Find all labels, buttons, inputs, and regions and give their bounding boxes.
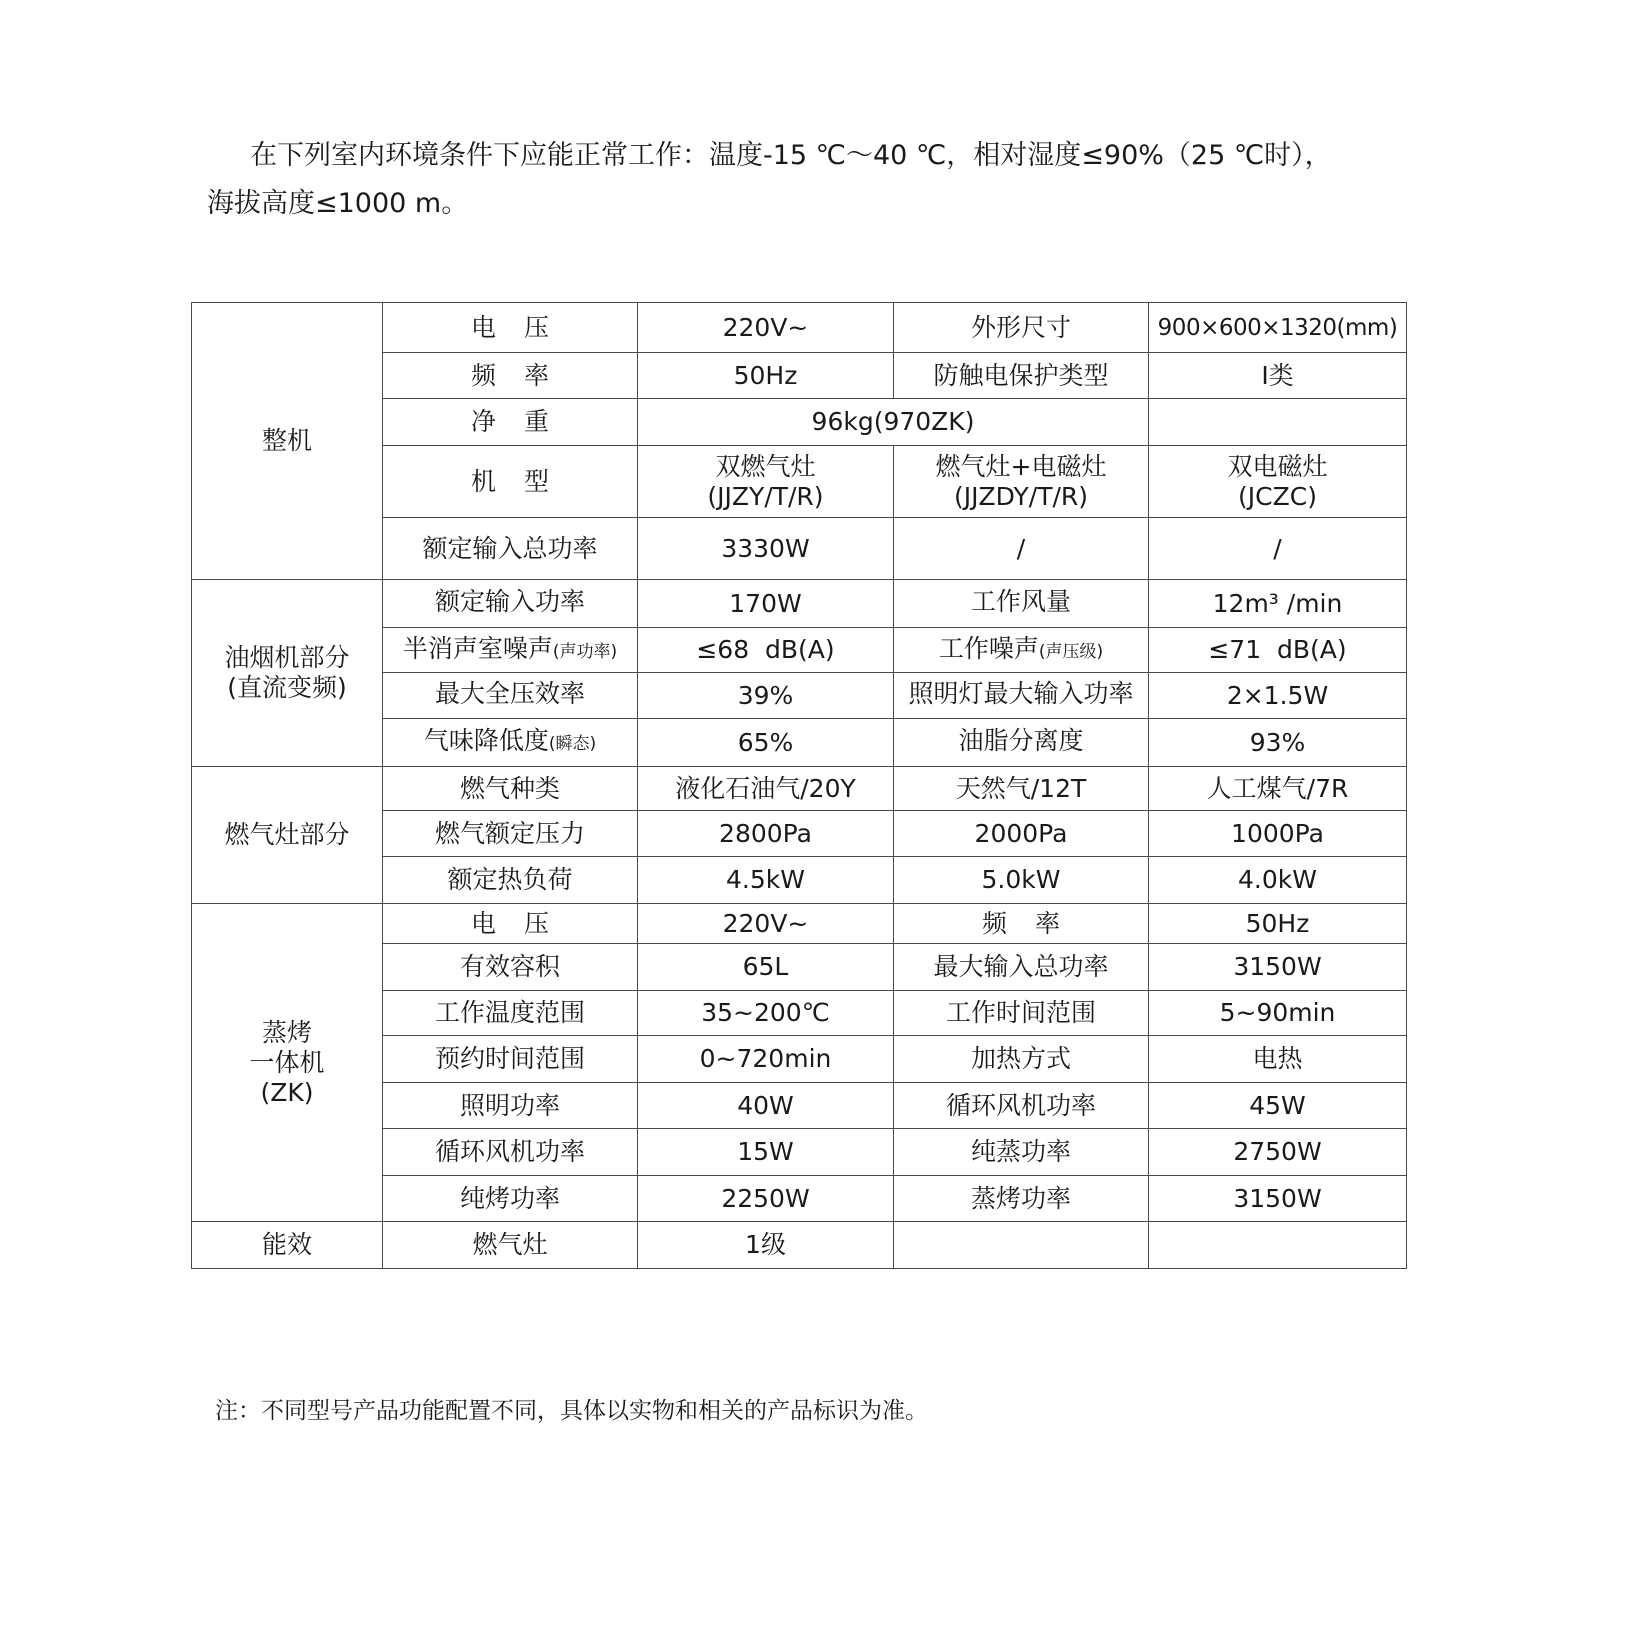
shock-protection-label: 防触电保护类型 — [894, 353, 1149, 399]
oven-value-a: 2250W — [638, 1176, 894, 1222]
oven-value-b: 3150W — [1149, 1176, 1407, 1222]
weight-label: 净重 — [383, 399, 638, 446]
stove-value-2: 2000Pa — [894, 811, 1149, 857]
hood-label-b: 油脂分离度 — [894, 719, 1149, 767]
label-text: 最大全压效率 — [435, 679, 585, 708]
oven-value-a: 220V~ — [638, 904, 894, 944]
stove-value-2: 5.0kW — [894, 857, 1149, 904]
weight-value: 96kg(970ZK) — [638, 399, 1149, 446]
frequency-label: 频率 — [383, 353, 638, 399]
model-2: 燃气灶+电磁灶 (JJZDY/T/R) — [894, 446, 1149, 518]
label-text: 半消声室噪声 — [403, 634, 553, 663]
stove-value-2: 天然气/12T — [894, 767, 1149, 811]
voltage-value: 220V~ — [638, 303, 894, 353]
group-efficiency: 能效 — [192, 1222, 383, 1269]
group-whole: 整机 — [192, 303, 383, 580]
model-1-name: 双燃气灶 — [638, 452, 893, 482]
spec-table: 整机 电压 220V~ 外形尺寸 900×600×1320(mm) 频率 50H… — [191, 302, 1407, 1269]
hood-value-b: 12m³ /min — [1149, 580, 1407, 628]
oven-value-b: 3150W — [1149, 944, 1407, 991]
efficiency-extra-1 — [894, 1222, 1149, 1269]
table-row: 燃气灶部分 燃气种类 液化石油气/20Y 天然气/12T 人工煤气/7R — [192, 767, 1407, 811]
oven-label-a: 有效容积 — [383, 944, 638, 991]
dimensions-value: 900×600×1320(mm) — [1149, 303, 1407, 353]
hood-label-b: 工作噪声(声压级) — [894, 628, 1149, 673]
label-note: (声功率) — [553, 642, 617, 662]
hood-label-b: 工作风量 — [894, 580, 1149, 628]
hood-value-b: 93% — [1149, 719, 1407, 767]
hood-value-b: ≤71 dB(A) — [1149, 628, 1407, 673]
hood-value-a: 65% — [638, 719, 894, 767]
model-3: 双电磁灶 (JCZC) — [1149, 446, 1407, 518]
group-hood-line1: 油烟机部分 — [192, 643, 382, 673]
hood-label-a: 最大全压效率 — [383, 673, 638, 719]
stove-label: 燃气额定压力 — [383, 811, 638, 857]
oven-label-a: 纯烤功率 — [383, 1176, 638, 1222]
stove-value-3: 人工煤气/7R — [1149, 767, 1407, 811]
oven-value-a: 40W — [638, 1083, 894, 1129]
intro-paragraph: 在下列室内环境条件下应能正常工作：温度-15 ℃～40 ℃，相对湿度≤90%（2… — [207, 132, 1407, 228]
group-oven: 蒸烤 一体机 (ZK) — [192, 904, 383, 1222]
group-hood: 油烟机部分 (直流变频) — [192, 580, 383, 767]
rated-total-1: 3330W — [638, 518, 894, 580]
group-hood-line2: (直流变频) — [192, 673, 382, 703]
efficiency-label: 燃气灶 — [383, 1222, 638, 1269]
model-3-code: (JCZC) — [1149, 482, 1406, 512]
intro-line-1: 在下列室内环境条件下应能正常工作：温度-15 ℃～40 ℃，相对湿度≤90%（2… — [207, 132, 1407, 180]
oven-label-b: 最大输入总功率 — [894, 944, 1149, 991]
model-3-name: 双电磁灶 — [1149, 452, 1406, 482]
table-row: 能效 燃气灶 1级 — [192, 1222, 1407, 1269]
group-oven-line3: (ZK) — [192, 1078, 382, 1108]
label-text: 油脂分离度 — [958, 726, 1083, 755]
voltage-label: 电压 — [383, 303, 638, 353]
group-oven-line2: 一体机 — [192, 1048, 382, 1078]
oven-value-b: 电热 — [1149, 1036, 1407, 1083]
efficiency-value: 1级 — [638, 1222, 894, 1269]
model-1-code: (JJZY/T/R) — [638, 482, 893, 512]
stove-value-1: 液化石油气/20Y — [638, 767, 894, 811]
label-text: 照明灯最大输入功率 — [908, 679, 1133, 708]
shock-protection-value: Ⅰ类 — [1149, 353, 1407, 399]
stove-label: 额定热负荷 — [383, 857, 638, 904]
table-row: 蒸烤 一体机 (ZK) 电压 220V~ 频率 50Hz — [192, 904, 1407, 944]
stove-value-1: 2800Pa — [638, 811, 894, 857]
label-text: 工作噪声 — [939, 634, 1039, 663]
stove-value-3: 4.0kW — [1149, 857, 1407, 904]
table-row: 整机 电压 220V~ 外形尺寸 900×600×1320(mm) — [192, 303, 1407, 353]
frequency-value: 50Hz — [638, 353, 894, 399]
model-label: 机型 — [383, 446, 638, 518]
rated-total-3: / — [1149, 518, 1407, 580]
label-text: 额定输入功率 — [435, 587, 585, 616]
hood-label-a: 气味降低度(瞬态) — [383, 719, 638, 767]
hood-value-a: 170W — [638, 580, 894, 628]
oven-label-b: 频率 — [894, 904, 1149, 944]
oven-label-b: 加热方式 — [894, 1036, 1149, 1083]
oven-value-a: 0~720min — [638, 1036, 894, 1083]
table-row: 油烟机部分 (直流变频) 额定输入功率 170W 工作风量 12m³ /min — [192, 580, 1407, 628]
oven-label-a: 循环风机功率 — [383, 1129, 638, 1176]
stove-label: 燃气种类 — [383, 767, 638, 811]
group-oven-line1: 蒸烤 — [192, 1018, 382, 1048]
oven-value-b: 50Hz — [1149, 904, 1407, 944]
intro-line-2: 海拔高度≤1000 m。 — [207, 180, 1407, 228]
oven-value-b: 45W — [1149, 1083, 1407, 1129]
oven-label-b: 循环风机功率 — [894, 1083, 1149, 1129]
oven-label-a: 电压 — [383, 904, 638, 944]
rated-total-2: / — [894, 518, 1149, 580]
oven-label-b: 蒸烤功率 — [894, 1176, 1149, 1222]
stove-value-1: 4.5kW — [638, 857, 894, 904]
stove-value-3: 1000Pa — [1149, 811, 1407, 857]
oven-value-a: 35~200℃ — [638, 991, 894, 1036]
oven-value-b: 5~90min — [1149, 991, 1407, 1036]
oven-value-a: 65L — [638, 944, 894, 991]
oven-label-b: 纯蒸功率 — [894, 1129, 1149, 1176]
hood-label-a: 额定输入功率 — [383, 580, 638, 628]
label-note: (瞬态) — [549, 734, 596, 754]
oven-label-a: 工作温度范围 — [383, 991, 638, 1036]
weight-extra — [1149, 399, 1407, 446]
oven-value-a: 15W — [638, 1129, 894, 1176]
group-stove: 燃气灶部分 — [192, 767, 383, 904]
hood-value-a: ≤68 dB(A) — [638, 628, 894, 673]
rated-total-label: 额定输入总功率 — [383, 518, 638, 580]
label-note: (声压级) — [1039, 642, 1103, 662]
label-text: 工作风量 — [971, 587, 1071, 616]
oven-value-b: 2750W — [1149, 1129, 1407, 1176]
hood-value-a: 39% — [638, 673, 894, 719]
hood-label-a: 半消声室噪声(声功率) — [383, 628, 638, 673]
oven-label-a: 预约时间范围 — [383, 1036, 638, 1083]
model-1: 双燃气灶 (JJZY/T/R) — [638, 446, 894, 518]
oven-label-a: 照明功率 — [383, 1083, 638, 1129]
hood-value-b: 2×1.5W — [1149, 673, 1407, 719]
footnote: 注：不同型号产品功能配置不同，具体以实物和相关的产品标识为准。 — [215, 1392, 928, 1425]
oven-label-b: 工作时间范围 — [894, 991, 1149, 1036]
efficiency-extra-2 — [1149, 1222, 1407, 1269]
model-2-name: 燃气灶+电磁灶 — [894, 452, 1148, 482]
label-text: 气味降低度 — [424, 726, 549, 755]
dimensions-label: 外形尺寸 — [894, 303, 1149, 353]
model-2-code: (JJZDY/T/R) — [894, 482, 1148, 512]
hood-label-b: 照明灯最大输入功率 — [894, 673, 1149, 719]
